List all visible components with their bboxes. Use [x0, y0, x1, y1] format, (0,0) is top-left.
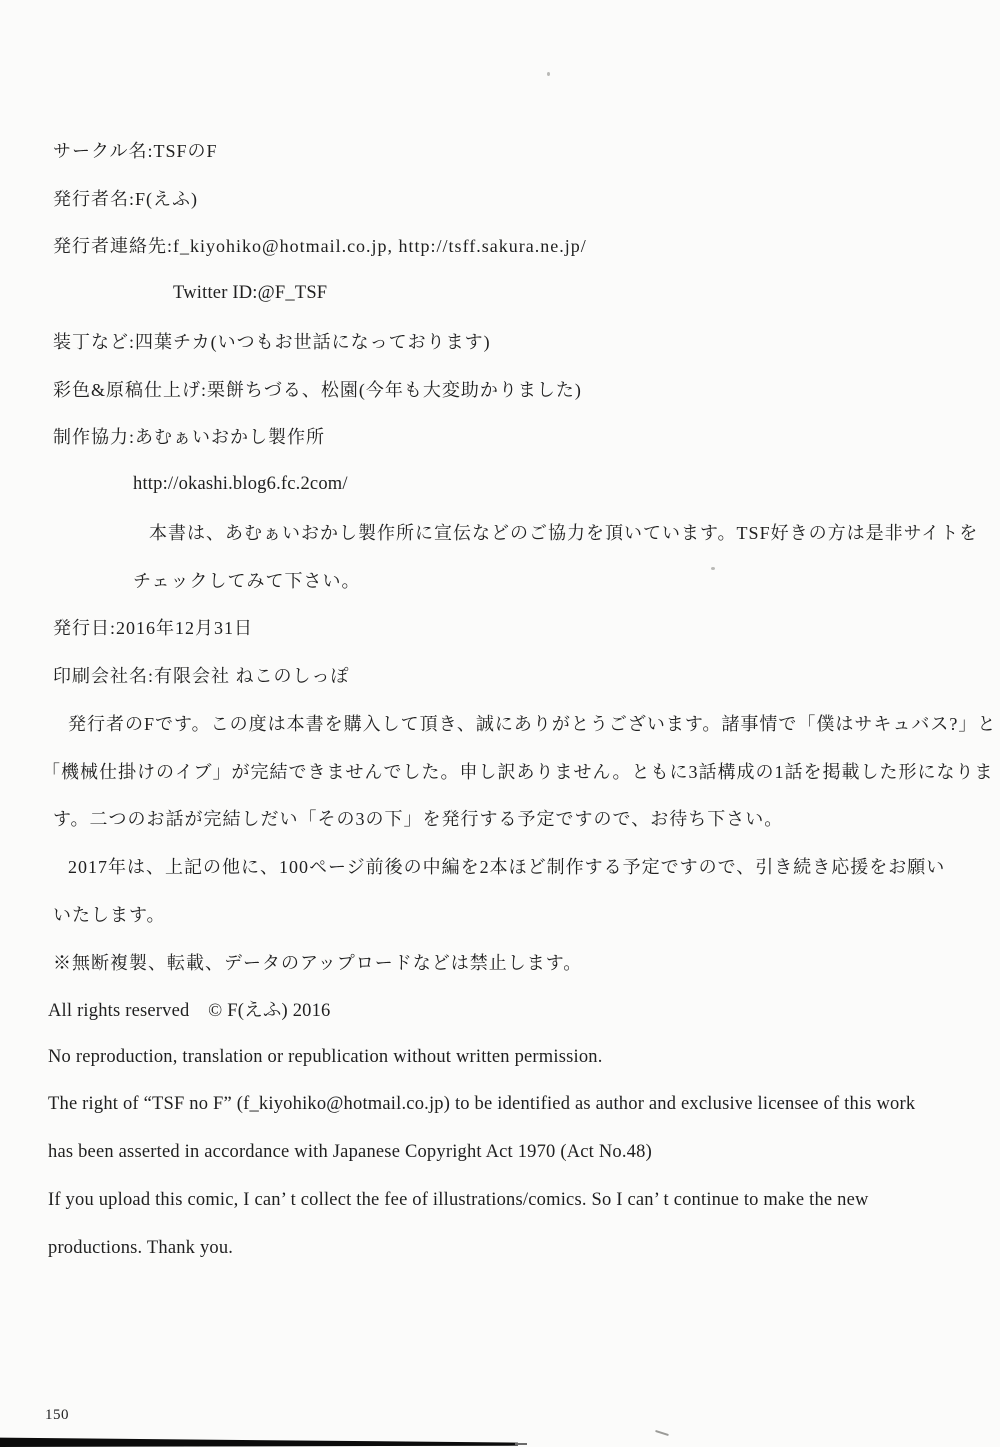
line-rights-reserved: All rights reserved © F(えふ) 2016: [48, 986, 980, 1034]
line-upload-warning-2: productions. Thank you.: [48, 1224, 980, 1272]
line-twitter-id: Twitter ID:@F_TSF: [173, 269, 980, 317]
scan-speck: [655, 1430, 669, 1436]
scan-speck: [547, 72, 550, 76]
line-afterword-4: 2017年は、上記の他に、100ページ前後の中編を2本ほど制作する予定ですので、…: [68, 842, 980, 890]
page-number: 150: [45, 1407, 69, 1424]
line-coloring-credits: 彩色&原稿仕上げ:栗餅ちづる、松園(今年も大変助かりました): [53, 365, 980, 413]
scan-artifact-bar-tail: [515, 1443, 527, 1445]
line-rights-statement-1: The right of “TSF no F” (f_kiyohiko@hotm…: [48, 1081, 980, 1129]
line-publisher-name: 発行者名:F(えふ): [53, 174, 980, 222]
line-okashi-url: http://okashi.blog6.fc.2com/: [133, 460, 980, 508]
line-okashi-note-2: チェックしてみて下さい。: [133, 556, 980, 604]
line-afterword-3: す。二つのお話が完結しだい「その3の下」を発行する予定ですので、お待ち下さい。: [53, 795, 980, 843]
line-afterword-2: 「機械仕掛けのイブ」が完結できませんでした。申し訳ありません。ともに3話構成の1…: [42, 747, 980, 795]
line-cover-design: 装丁など:四葉チカ(いつもお世話になっております): [53, 317, 980, 365]
line-no-copy-notice: ※無断複製、転載、データのアップロードなどは禁止します。: [53, 938, 980, 986]
line-circle-name: サークル名:TSFのF: [53, 126, 980, 174]
line-production-help: 制作協力:あむぁいおかし製作所: [53, 413, 980, 461]
colophon-page: サークル名:TSFのF 発行者名:F(えふ) 発行者連絡先:f_kiyohiko…: [0, 0, 1000, 1447]
scan-artifact-bar: [0, 1436, 518, 1447]
line-printing-company: 印刷会社名:有限会社 ねこのしっぽ: [53, 651, 980, 699]
colophon-text-block: サークル名:TSFのF 発行者名:F(えふ) 発行者連絡先:f_kiyohiko…: [50, 126, 980, 1272]
line-upload-warning-1: If you upload this comic, I can’ t colle…: [48, 1177, 980, 1225]
scan-speck: [711, 567, 715, 570]
line-afterword-1: 発行者のFです。この度は本書を購入して頂き、誠にありがとうございます。諸事情で「…: [68, 699, 980, 747]
line-publisher-contact: 発行者連絡先:f_kiyohiko@hotmail.co.jp, http://…: [53, 222, 980, 270]
line-afterword-5: いたします。: [53, 890, 980, 938]
line-rights-statement-2: has been asserted in accordance with Jap…: [48, 1129, 980, 1177]
line-okashi-note-1: 本書は、あむぁいおかし製作所に宣伝などのご協力を頂いています。TSF好きの方は是…: [149, 508, 980, 556]
line-publication-date: 発行日:2016年12月31日: [53, 604, 980, 652]
line-no-reproduction: No reproduction, translation or republic…: [48, 1033, 980, 1081]
